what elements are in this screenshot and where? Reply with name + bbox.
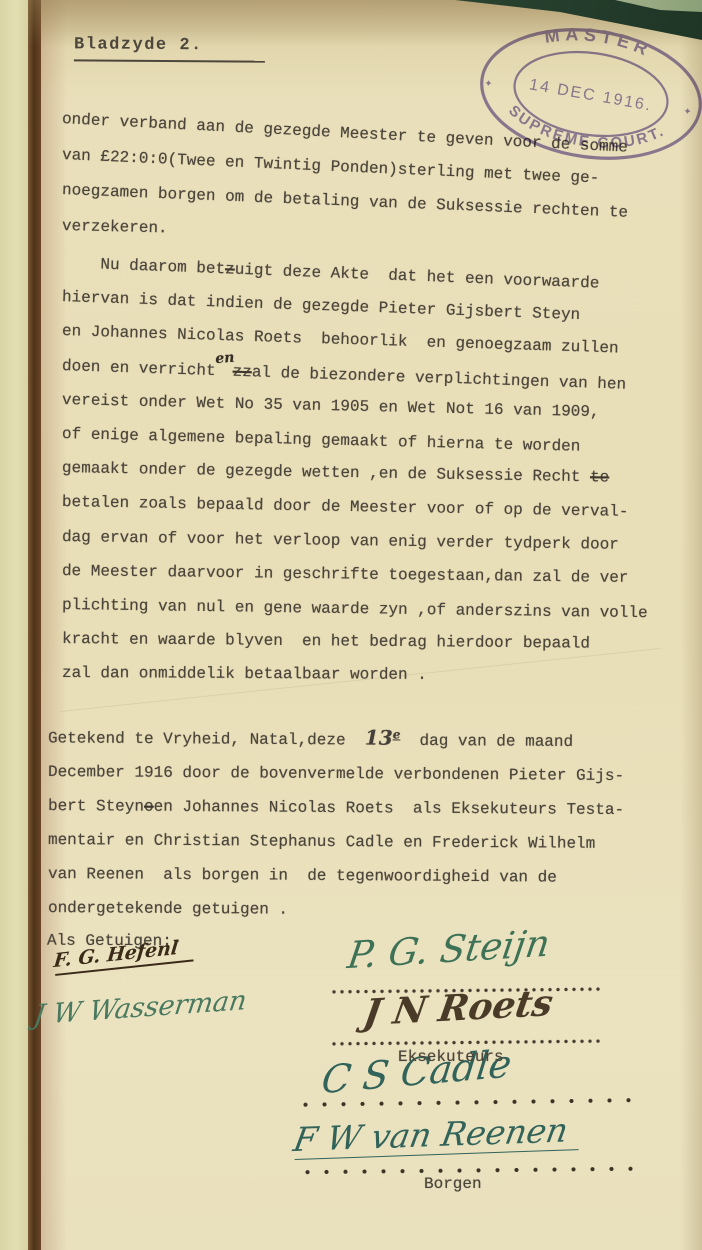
executor-signature-steyn: P. G. Steijn: [347, 922, 551, 977]
text-segment: December 1916 door de bovenvermelde verb…: [48, 763, 624, 785]
text-segment: en Johannes Nicolas Roets als Eksekuteur…: [154, 798, 625, 819]
text-segment: vereist onder Wet No 35 van 1905 en Wet …: [62, 391, 600, 421]
underlying-page-edge: [0, 0, 30, 1250]
text-segment: van Reenen als borgen in de tegenwoordig…: [48, 865, 557, 887]
page-number-heading: Bladzyde 2.: [74, 35, 265, 62]
text-segment: kracht en waarde blyven en het bedrag hi…: [62, 630, 590, 653]
paragraph-condition-clause: Nu daarom betzuigt deze Akte dat het een…: [62, 246, 648, 691]
typewritten-line: zal dan onmiddelik betaalbaar worden .: [62, 656, 648, 693]
text-segment: of enige algemene bepaling gemaakt of hi…: [62, 425, 581, 456]
surety-signature-van-reenen: F W van Reenen: [293, 1110, 578, 1160]
typewritten-line: bert Steynoen Johannes Nicolas Roets als…: [48, 789, 624, 827]
text-segment: dag ervan of voor het verloop van enig v…: [62, 528, 619, 554]
text-segment: Getekend te Vryheid, Natal,deze: [48, 729, 365, 749]
text-segment: verzekeren.: [62, 217, 168, 237]
text-segment-struck: te: [590, 468, 610, 486]
text-segment-ins: en: [214, 340, 235, 375]
text-segment: mentair en Christian Stephanus Cadle en …: [48, 831, 595, 853]
text-segment-struck: o: [144, 798, 154, 816]
typewritten-line: Getekend te Vryheid, Natal,deze 13e dag …: [48, 715, 624, 759]
text-segment: plichting van nul en gene waarde zyn ,of…: [62, 596, 648, 622]
text-segment: bert Steyn: [48, 797, 144, 816]
typewritten-line: December 1916 door de bovenvermelde verb…: [48, 755, 624, 793]
typewritten-line: mentair en Christian Stephanus Cadle en …: [48, 823, 624, 861]
text-segment-hand: 13: [365, 726, 393, 750]
stamp-date: 14 DEC 1916.: [528, 76, 654, 114]
executor-signature-steyn-text: P. G. Steijn: [345, 921, 553, 977]
stamp-star-right-icon: ✦: [683, 103, 693, 119]
text-segment: de Meester daarvoor in geschrifte toeges…: [62, 562, 629, 587]
text-segment: betalen zoals bepaald door de Meester vo…: [62, 493, 629, 521]
signature-dotted-line: [298, 1166, 634, 1175]
sureties-role-label: Borgen: [424, 1175, 482, 1193]
text-segment: dag van de maand: [400, 732, 573, 751]
text-segment: doen en verricht: [62, 357, 216, 380]
stamp-star-left-icon: ✦: [484, 75, 494, 91]
surety-signature-van-reenen-text: F W van Reenen: [291, 1110, 572, 1159]
page-right-shadow: [680, 0, 702, 1250]
paragraph-execution-clause: Getekend te Vryheid, Natal,deze 13e dag …: [48, 715, 624, 925]
executors-role-label: Eksekuteurs: [398, 1048, 504, 1066]
binding-edge: [28, 0, 41, 1250]
text-segment: Nu daarom bet: [62, 254, 226, 278]
text-segment: zal dan onmiddelik betaalbaar worden .: [62, 664, 427, 684]
text-segment: gemaakt onder de gezegde wetten ,en de S…: [62, 459, 590, 486]
typewritten-line: van Reenen als borgen in de tegenwoordig…: [48, 857, 624, 895]
text-segment: ondergetekende getuigen .: [48, 899, 288, 919]
